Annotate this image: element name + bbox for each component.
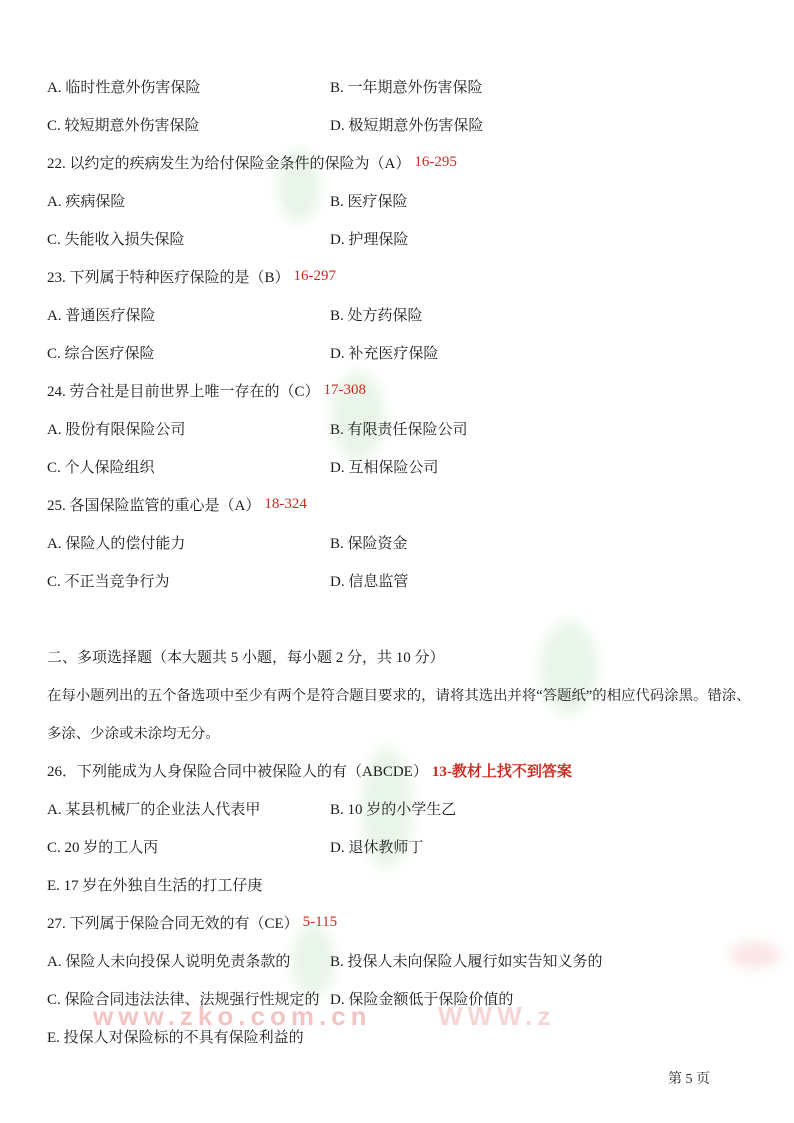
option-row: A. 临时性意外伤害保险B. 一年期意外伤害保险 <box>47 67 771 105</box>
option: A. 疾病保险 <box>47 190 330 211</box>
instructions-text: 多涂、少涂或未涂均无分。 <box>47 713 771 751</box>
question-stem-row: 25. 各国保险监管的重心是（A）18-324 <box>47 485 771 523</box>
option: B. 医疗保险 <box>330 190 771 211</box>
option: C. 个人保险组织 <box>47 456 330 477</box>
answer-reference: 13-教材上找不到答案 <box>428 760 572 781</box>
option: D. 信息监管 <box>330 570 771 591</box>
option: D. 极短期意外伤害保险 <box>330 114 771 135</box>
option: B. 一年期意外伤害保险 <box>330 76 771 97</box>
option: B. 投保人未向保险人履行如实告知义务的 <box>330 950 771 971</box>
option: B. 有限责任保险公司 <box>330 418 771 439</box>
instructions-text: 在每小题列出的五个备选项中至少有两个是符合题目要求的，请将其选出并将“答题纸”的… <box>47 675 771 713</box>
option: E. 投保人对保险标的不具有保险利益的 <box>47 1026 330 1047</box>
option-row: E. 投保人对保险标的不具有保险利益的 <box>47 1017 771 1055</box>
question-stem: 26．下列能成为人身保险合同中被保险人的有（ABCDE） <box>47 760 428 781</box>
option: A. 某县机械厂的企业法人代表甲 <box>47 798 330 819</box>
option: D. 保险金额低于保险价值的 <box>330 988 771 1009</box>
answer-reference: 18-324 <box>260 496 307 513</box>
option-row: C. 20 岁的工人丙D. 退休教师丁 <box>47 827 771 865</box>
option: E. 17 岁在外独自生活的打工仔庚 <box>47 874 330 895</box>
section-heading: 二、多项选择题（本大题共 5 小题，每小题 2 分，共 10 分） <box>47 637 771 675</box>
option: A. 保险人的偿付能力 <box>47 532 330 553</box>
section-heading-text: 二、多项选择题（本大题共 5 小题，每小题 2 分，共 10 分） <box>47 646 445 667</box>
question-stem-row: 22. 以约定的疾病发生为给付保险金条件的保险为（A）16-295 <box>47 143 771 181</box>
option: C. 综合医疗保险 <box>47 342 330 363</box>
question-stem: 22. 以约定的疾病发生为给付保险金条件的保险为（A） <box>47 152 410 173</box>
option: A. 临时性意外伤害保险 <box>47 76 330 97</box>
option-row: C. 个人保险组织D. 互相保险公司 <box>47 447 771 485</box>
option: B. 处方药保险 <box>330 304 771 325</box>
option: C. 20 岁的工人丙 <box>47 836 330 857</box>
question-stem: 23. 下列属于特种医疗保险的是（B） <box>47 266 290 287</box>
option: C. 失能收入损失保险 <box>47 228 330 249</box>
exam-page: www.zko.com.cn WWW.z A. 临时性意外伤害保险B. 一年期意… <box>0 0 794 1123</box>
question-stem: 25. 各国保险监管的重心是（A） <box>47 494 260 515</box>
page-number: 第 5 页 <box>668 1068 710 1088</box>
option: A. 保险人未向投保人说明免责条款的 <box>47 950 330 971</box>
blank-line <box>47 599 771 637</box>
option: B. 保险资金 <box>330 532 771 553</box>
answer-reference: 16-295 <box>410 154 457 171</box>
option-row: A. 保险人未向投保人说明免责条款的B. 投保人未向保险人履行如实告知义务的 <box>47 941 771 979</box>
option: C. 较短期意外伤害保险 <box>47 114 330 135</box>
answer-reference: 17-308 <box>320 382 367 399</box>
instructions-line: 多涂、少涂或未涂均无分。 <box>47 722 220 743</box>
question-stem: 27. 下列属于保险合同无效的有（CE） <box>47 912 299 933</box>
option-row: C. 不正当竞争行为D. 信息监管 <box>47 561 771 599</box>
option-row: C. 较短期意外伤害保险D. 极短期意外伤害保险 <box>47 105 771 143</box>
option-row: A. 股份有限保险公司B. 有限责任保险公司 <box>47 409 771 447</box>
option: A. 普通医疗保险 <box>47 304 330 325</box>
option: A. 股份有限保险公司 <box>47 418 330 439</box>
option-row: A. 某县机械厂的企业法人代表甲B. 10 岁的小学生乙 <box>47 789 771 827</box>
option: D. 护理保险 <box>330 228 771 249</box>
option-row: A. 保险人的偿付能力B. 保险资金 <box>47 523 771 561</box>
question-stem: 24. 劳合社是目前世界上唯一存在的（C） <box>47 380 320 401</box>
option: C. 不正当竞争行为 <box>47 570 330 591</box>
option: C. 保险合同违法法律、法规强行性规定的 <box>47 988 330 1009</box>
question-stem-row: 27. 下列属于保险合同无效的有（CE）5-115 <box>47 903 771 941</box>
option-row: A. 疾病保险B. 医疗保险 <box>47 181 771 219</box>
option-row: A. 普通医疗保险B. 处方药保险 <box>47 295 771 333</box>
option-row: C. 保险合同违法法律、法规强行性规定的D. 保险金额低于保险价值的 <box>47 979 771 1017</box>
answer-reference: 5-115 <box>299 914 337 931</box>
option-row: C. 综合医疗保险D. 补充医疗保险 <box>47 333 771 371</box>
option: D. 互相保险公司 <box>330 456 771 477</box>
option: D. 补充医疗保险 <box>330 342 771 363</box>
option: D. 退休教师丁 <box>330 836 771 857</box>
question-stem-row: 23. 下列属于特种医疗保险的是（B）16-297 <box>47 257 771 295</box>
exam-content: A. 临时性意外伤害保险B. 一年期意外伤害保险C. 较短期意外伤害保险D. 极… <box>47 67 771 1055</box>
question-stem-row: 24. 劳合社是目前世界上唯一存在的（C）17-308 <box>47 371 771 409</box>
option-row: E. 17 岁在外独自生活的打工仔庚 <box>47 865 771 903</box>
question-stem-row: 26．下列能成为人身保险合同中被保险人的有（ABCDE）13-教材上找不到答案 <box>47 751 771 789</box>
instructions-line: 在每小题列出的五个备选项中至少有两个是符合题目要求的，请将其选出并将“答题纸”的… <box>47 684 751 705</box>
answer-reference: 16-297 <box>290 268 337 285</box>
option-row: C. 失能收入损失保险D. 护理保险 <box>47 219 771 257</box>
option: B. 10 岁的小学生乙 <box>330 798 771 819</box>
